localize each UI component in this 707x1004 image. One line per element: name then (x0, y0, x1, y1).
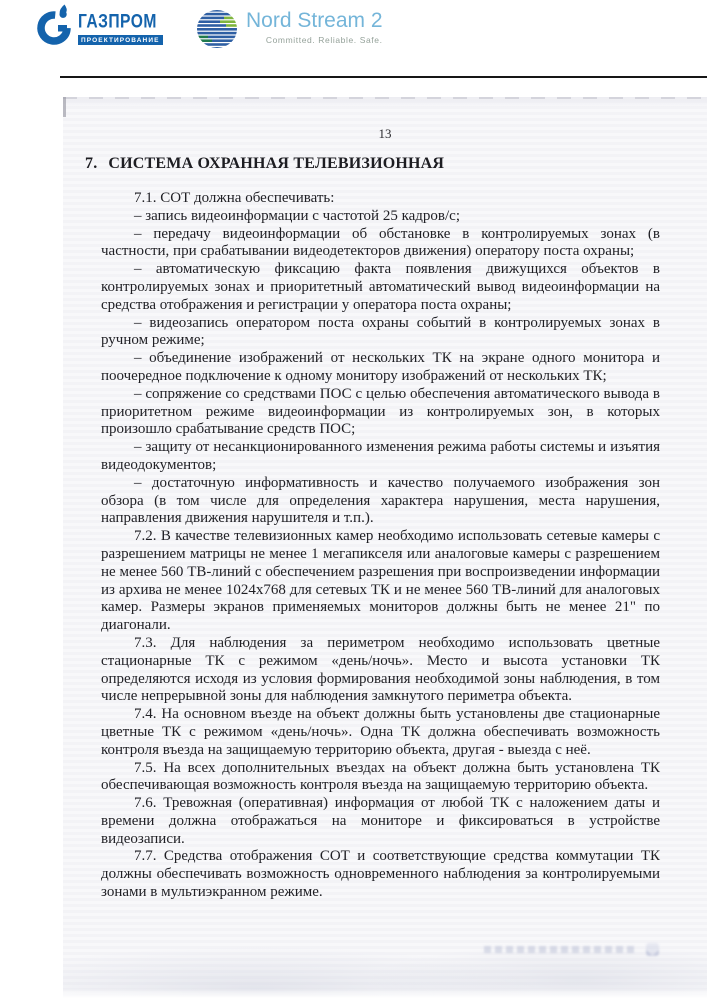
clause-bullet: – достаточную информативность и качество… (101, 475, 660, 528)
clause-7-1: 7.1. СОТ должна обеспечивать: (101, 190, 660, 208)
clause-bullet: – автоматическую фиксацию факта появлени… (101, 261, 660, 314)
faint-stamp-text (484, 946, 634, 953)
gazprom-flame-icon (36, 3, 76, 47)
letterhead-rule (60, 76, 707, 78)
document-body: 7.1. СОТ должна обеспечивать: – запись в… (101, 190, 660, 902)
faint-stamp-emblem-icon (646, 943, 659, 956)
nordstream-tagline: Committed. Reliable. Safe. (246, 35, 383, 45)
clause-bullet: – защиту от несанкционированного изменен… (101, 439, 660, 475)
section-heading: 7.СИСТЕМА ОХРАННАЯ ТЕЛЕВИЗИОННАЯ (85, 155, 661, 173)
gazprom-wordmark-block: ГАЗПРОМ ПРОЕКТИРОВАНИЕ (78, 12, 164, 47)
scan-edge-artifact (63, 97, 707, 99)
clause-7-3: 7.3. Для наблюдения за периметром необхо… (101, 635, 660, 706)
scan-bottom-fade (63, 988, 707, 998)
section-heading-number: 7. (85, 155, 97, 173)
clause-7-5: 7.5. На всех дополнительных въездах на о… (101, 760, 660, 796)
scanned-page: 13 7.СИСТЕМА ОХРАННАЯ ТЕЛЕВИЗИОННАЯ 7.1.… (63, 97, 707, 998)
section-heading-title: СИСТЕМА ОХРАННАЯ ТЕЛЕВИЗИОННАЯ (108, 155, 444, 172)
faint-stamp (484, 943, 659, 956)
clause-7-4: 7.4. На основном въезде на объект должны… (101, 706, 660, 759)
scan-edge-tick (63, 97, 66, 117)
nordstream-wordmark: Nord Stream 2 (246, 9, 383, 33)
nordstream-globe-icon (196, 9, 238, 49)
page-number: 13 (63, 97, 707, 142)
gazprom-subtitle: ПРОЕКТИРОВАНИЕ (78, 35, 163, 45)
nordstream-text-block: Nord Stream 2 Committed. Reliable. Safe. (246, 9, 383, 45)
clause-7-6: 7.6. Тревожная (оперативная) информация … (101, 795, 660, 848)
gazprom-wordmark: ГАЗПРОМ (78, 12, 157, 31)
clause-bullet: – запись видеоинформации с частотой 25 к… (101, 208, 660, 226)
clause-bullet: – видеозапись оператором поста охраны со… (101, 315, 660, 351)
nordstream-logo: Nord Stream 2 Committed. Reliable. Safe. (196, 9, 383, 49)
clause-bullet: – объединение изображений от нескольких … (101, 350, 660, 386)
clause-7-7: 7.7. Средства отображения СОТ и соответс… (101, 848, 660, 901)
clause-bullet: – сопряжение со средствами ПОС с целью о… (101, 386, 660, 439)
clause-7-2: 7.2. В качестве телевизионных камер необ… (101, 528, 660, 635)
letterhead: ГАЗПРОМ ПРОЕКТИРОВАНИЕ Nord Stream 2 (0, 0, 707, 78)
gazprom-logo: ГАЗПРОМ ПРОЕКТИРОВАНИЕ (36, 3, 164, 47)
clause-bullet: – передачу видеоинформации об обстановке… (101, 226, 660, 262)
